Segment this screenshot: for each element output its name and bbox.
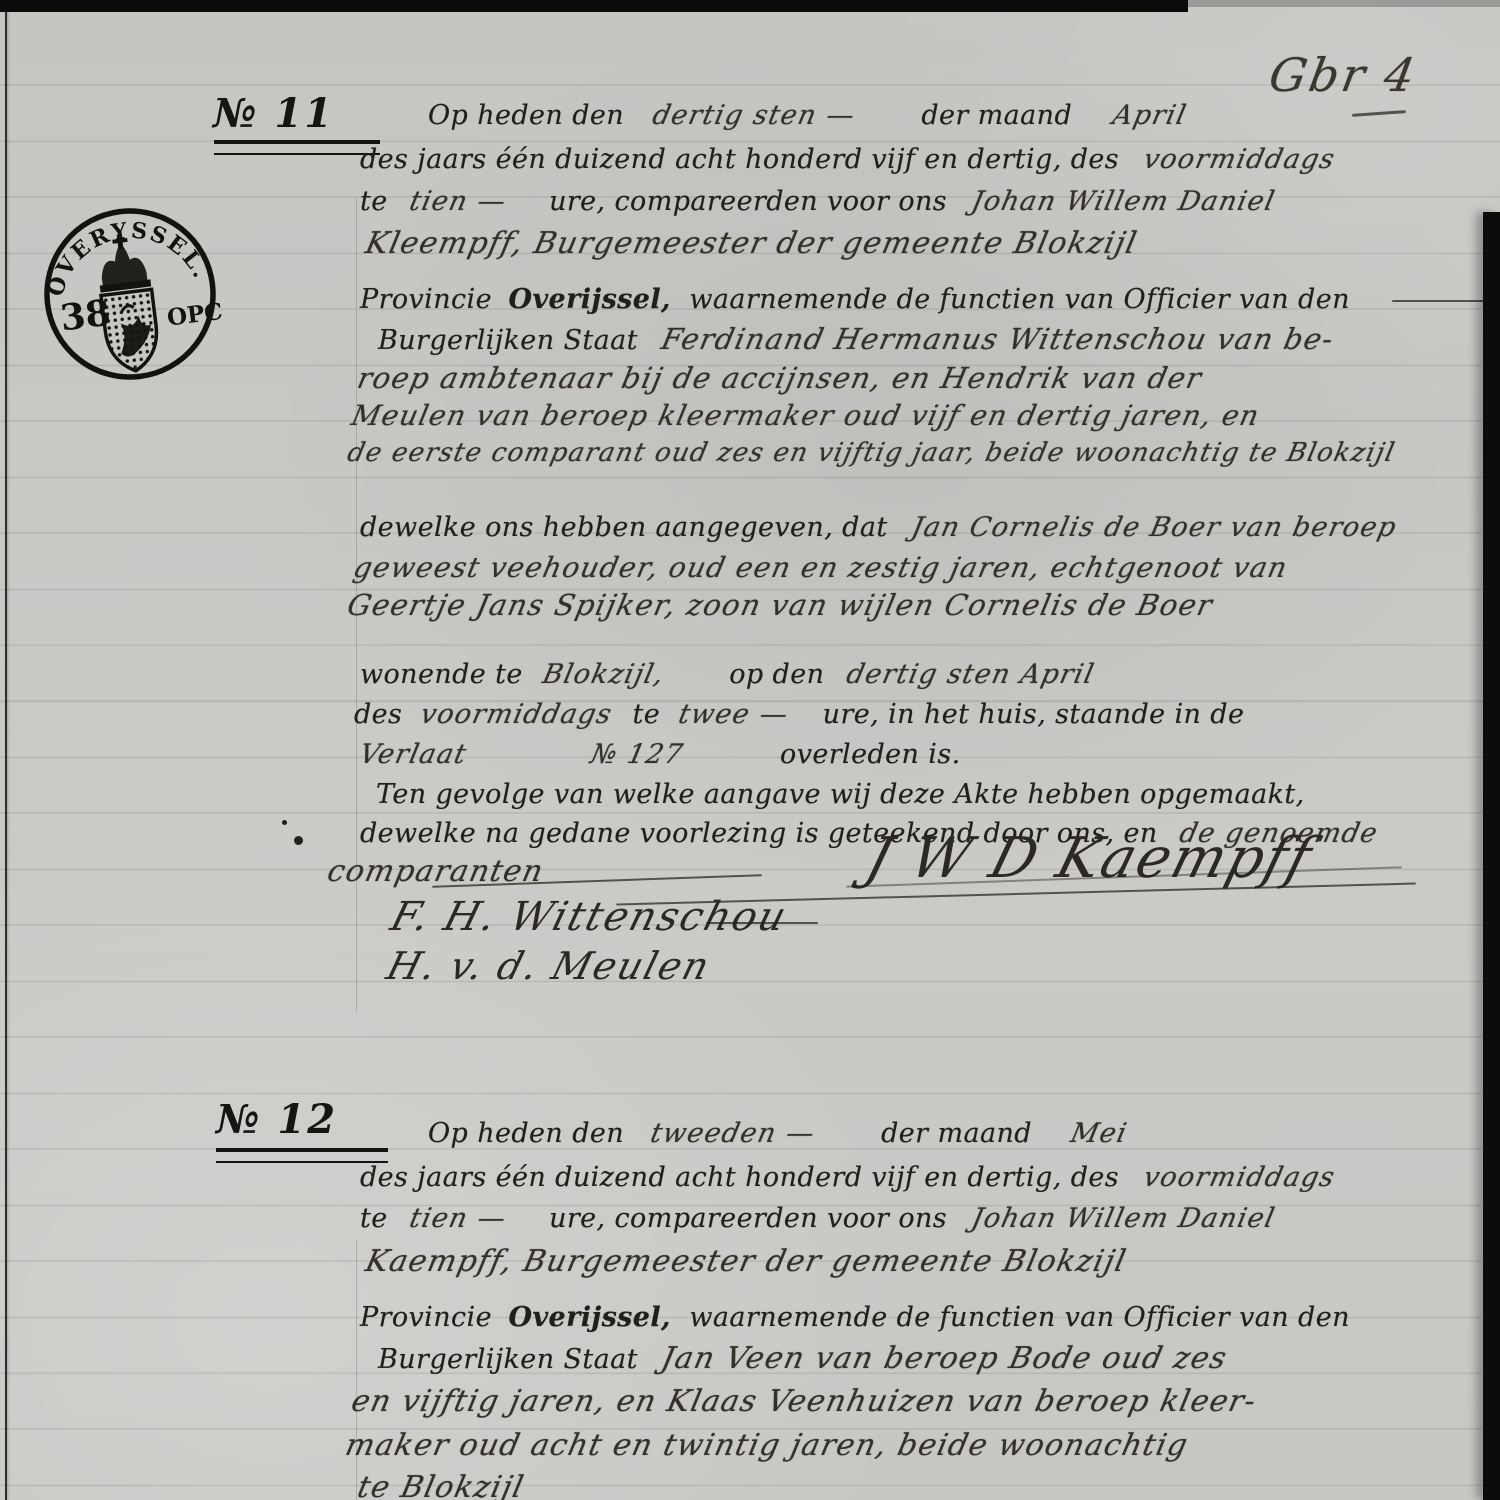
record-number-11: № 11 [213, 90, 334, 137]
record-11-line: dewelke ons hebben aangegeven, dat Jan C… [360, 512, 1397, 543]
handwritten-text: geweest veehouder, oud een en zestig jar… [350, 551, 1291, 584]
record-11-line: Meulen van beroep kleermaker oud vijf en… [352, 399, 1260, 432]
record-11-line: Geertje Jans Spijker, zoon van wijlen Co… [348, 588, 1213, 622]
printed-text: Ten gevolge van welke aangave wij deze A… [376, 779, 1305, 810]
printed-text: Op heden den [428, 1118, 624, 1149]
printed-text: te [360, 1203, 388, 1234]
record-11-line: Burgerlijken Staat Ferdinand Hermanus Wi… [378, 322, 1334, 356]
handwritten-text: voormiddags [418, 699, 616, 730]
signature-official: J W D Kaempff [859, 826, 1319, 891]
record-11-line: te tien — ure, compareerden voor ons Joh… [360, 186, 1275, 217]
printed-text: Burgerlijken Staat [378, 1344, 638, 1375]
scan-edge-right [1483, 212, 1500, 1500]
record-12-line: Kaempff, Burgemeester der gemeente Blokz… [366, 1244, 1126, 1279]
record-number-12: № 12 [216, 1096, 337, 1143]
handwritten-text: Jan Cornelis de Boer van beroep [909, 512, 1400, 543]
handwritten-text: voormiddags [1140, 144, 1338, 175]
printed-text: der maand [881, 1118, 1032, 1149]
handwritten-text: Kaempff, Burgemeester der gemeente Blokz… [362, 1244, 1130, 1279]
lion-shield-icon [101, 289, 161, 374]
record-11-line: Ten gevolge van welke aangave wij deze A… [376, 779, 1305, 810]
handwritten-text: roep ambtenaar bij de accijnsen, en Hend… [354, 361, 1205, 395]
handwritten-text: Verlaat [357, 739, 470, 770]
handwritten-text: en vijftig jaren, en Klaas Veenhuizen va… [348, 1384, 1260, 1419]
record-12-line: maker oud acht en twintig jaren, beide w… [346, 1428, 1188, 1463]
handwritten-text: maker oud acht en twintig jaren, beide w… [342, 1428, 1191, 1463]
printed-text: waarnemende de functien van Officier van… [689, 284, 1349, 315]
revenue-stamp: OVERYSSEL. 38 OPC [30, 194, 231, 395]
record-11-line: roep ambtenaar bij de accijnsen, en Hend… [358, 361, 1202, 395]
record-11-line: des voormiddags te twee — ure, in het hu… [354, 699, 1244, 730]
handwritten-text: Blokzijl, [540, 659, 668, 690]
handwritten-text: Jan Veen van beroep Bode oud zes [659, 1341, 1231, 1376]
printed-text: Provincie [360, 284, 492, 315]
handwritten-text: Johan Willem Daniel [968, 186, 1278, 217]
annotation-underline [1352, 110, 1406, 117]
handwritten-text: Geertje Jans Spijker, zoon van wijlen Co… [344, 588, 1216, 622]
handwritten-text: Ferdinand Hermanus Wittenschou van be- [659, 322, 1338, 356]
handwritten-text: Kleempff, Burgemeester der gemeente Blok… [362, 226, 1140, 261]
signature-witness-2: H. v. d. Meulen [382, 944, 716, 988]
handwritten-text: de eerste comparant oud zes en vijftig j… [345, 438, 1398, 468]
folio-annotation: Gbr 4 [1265, 48, 1422, 102]
printed-text: des [354, 699, 402, 730]
printed-text: waarnemende de functien van Officier van… [689, 1302, 1349, 1333]
record-12-line: te Blokzijl [358, 1470, 524, 1500]
stamp-value-right: OPC [166, 298, 225, 332]
handwritten-text: tweeden — [647, 1118, 817, 1149]
handwritten-text: tien — [407, 1203, 510, 1234]
record-11-double-rule [214, 140, 380, 155]
record-12-line: en vijftig jaren, en Klaas Veenhuizen va… [352, 1384, 1256, 1419]
printed-text-bold: Overijssel, [509, 1302, 671, 1333]
printed-text: ure, in het huis, staande in de [823, 699, 1245, 730]
signature-witness-1: F. H. Wittenschou [386, 894, 793, 940]
record-12-line: Burgerlijken Staat Jan Veen van beroep B… [378, 1341, 1227, 1376]
printed-text: te [360, 186, 388, 217]
handwritten-text: Johan Willem Daniel [968, 1203, 1278, 1234]
ink-blot [282, 820, 287, 825]
printed-text-bold: Overijssel, [509, 284, 671, 315]
crowned-lion-shield-icon: OVERYSSEL. 38 OPC [30, 194, 231, 395]
record-11-line: Verlaat № 127 overleden is. [360, 739, 961, 770]
printed-text: Provincie [360, 1302, 492, 1333]
death-register-scan-page: Gbr 4 № 11 Op heden den dertig sten — de… [0, 0, 1500, 1500]
printed-text: wonende te [360, 659, 523, 690]
record-12-line: des jaars één duizend acht honderd vijf … [360, 1162, 1335, 1193]
handwritten-text: tien — [407, 186, 510, 217]
record-11-line: des jaars één duizend acht honderd vijf … [360, 144, 1335, 175]
printed-text: overleden is. [780, 739, 961, 770]
printed-text: Op heden den [428, 100, 624, 131]
record-12-line: Op heden den tweeden — der maand Mei [428, 1118, 1127, 1149]
handwritten-text: voormiddags [1140, 1162, 1338, 1193]
printed-text: ure, compareerden voor ons [549, 1203, 947, 1234]
record-11-line: Kleempff, Burgemeester der gemeente Blok… [366, 226, 1137, 261]
handwritten-text: April [1109, 100, 1189, 131]
handwritten-text: dertig sten — [649, 100, 858, 131]
printed-text: Burgerlijken Staat [378, 325, 638, 356]
printed-text: dewelke ons hebben aangegeven, dat [360, 512, 888, 543]
handwritten-text: Meulen van beroep kleermaker oud vijf en… [348, 399, 1263, 432]
printed-text: op den [729, 659, 824, 690]
signature-flourish [706, 922, 818, 924]
scan-edge-top-right [1188, 0, 1500, 7]
ink-blot [294, 836, 303, 845]
handwritten-house-number: № 127 [588, 739, 687, 770]
handwritten-text: te Blokzijl [354, 1470, 527, 1500]
handwritten-text: dertig sten April [844, 659, 1098, 690]
record-11-line: Op heden den dertig sten — der maand Apr… [428, 100, 1186, 131]
record-11-line: wonende te Blokzijl, op den dertig sten … [360, 659, 1094, 690]
record-11-line: de eerste comparant oud zes en vijftig j… [348, 438, 1395, 468]
printed-text: des jaars één duizend acht honderd vijf … [360, 1162, 1119, 1193]
scan-edge-top [0, 0, 1188, 12]
printed-text: des jaars één duizend acht honderd vijf … [360, 144, 1119, 175]
record-11-line: Provincie Overijssel, waarnemende de fun… [360, 284, 1350, 315]
record-12-double-rule [216, 1148, 388, 1163]
printed-text: ure, compareerden voor ons [549, 186, 947, 217]
printed-text: te [633, 699, 661, 730]
record-12-line: Provincie Overijssel, waarnemende de fun… [360, 1302, 1350, 1333]
scan-edge-left [5, 0, 7, 1500]
handwritten-text: Mei [1067, 1118, 1130, 1149]
record-12-line: te tien — ure, compareerden voor ons Joh… [360, 1203, 1275, 1234]
handwritten-text: twee — [675, 699, 791, 730]
record-11-line: geweest veehouder, oud een en zestig jar… [354, 551, 1288, 584]
printed-text: der maand [921, 100, 1072, 131]
